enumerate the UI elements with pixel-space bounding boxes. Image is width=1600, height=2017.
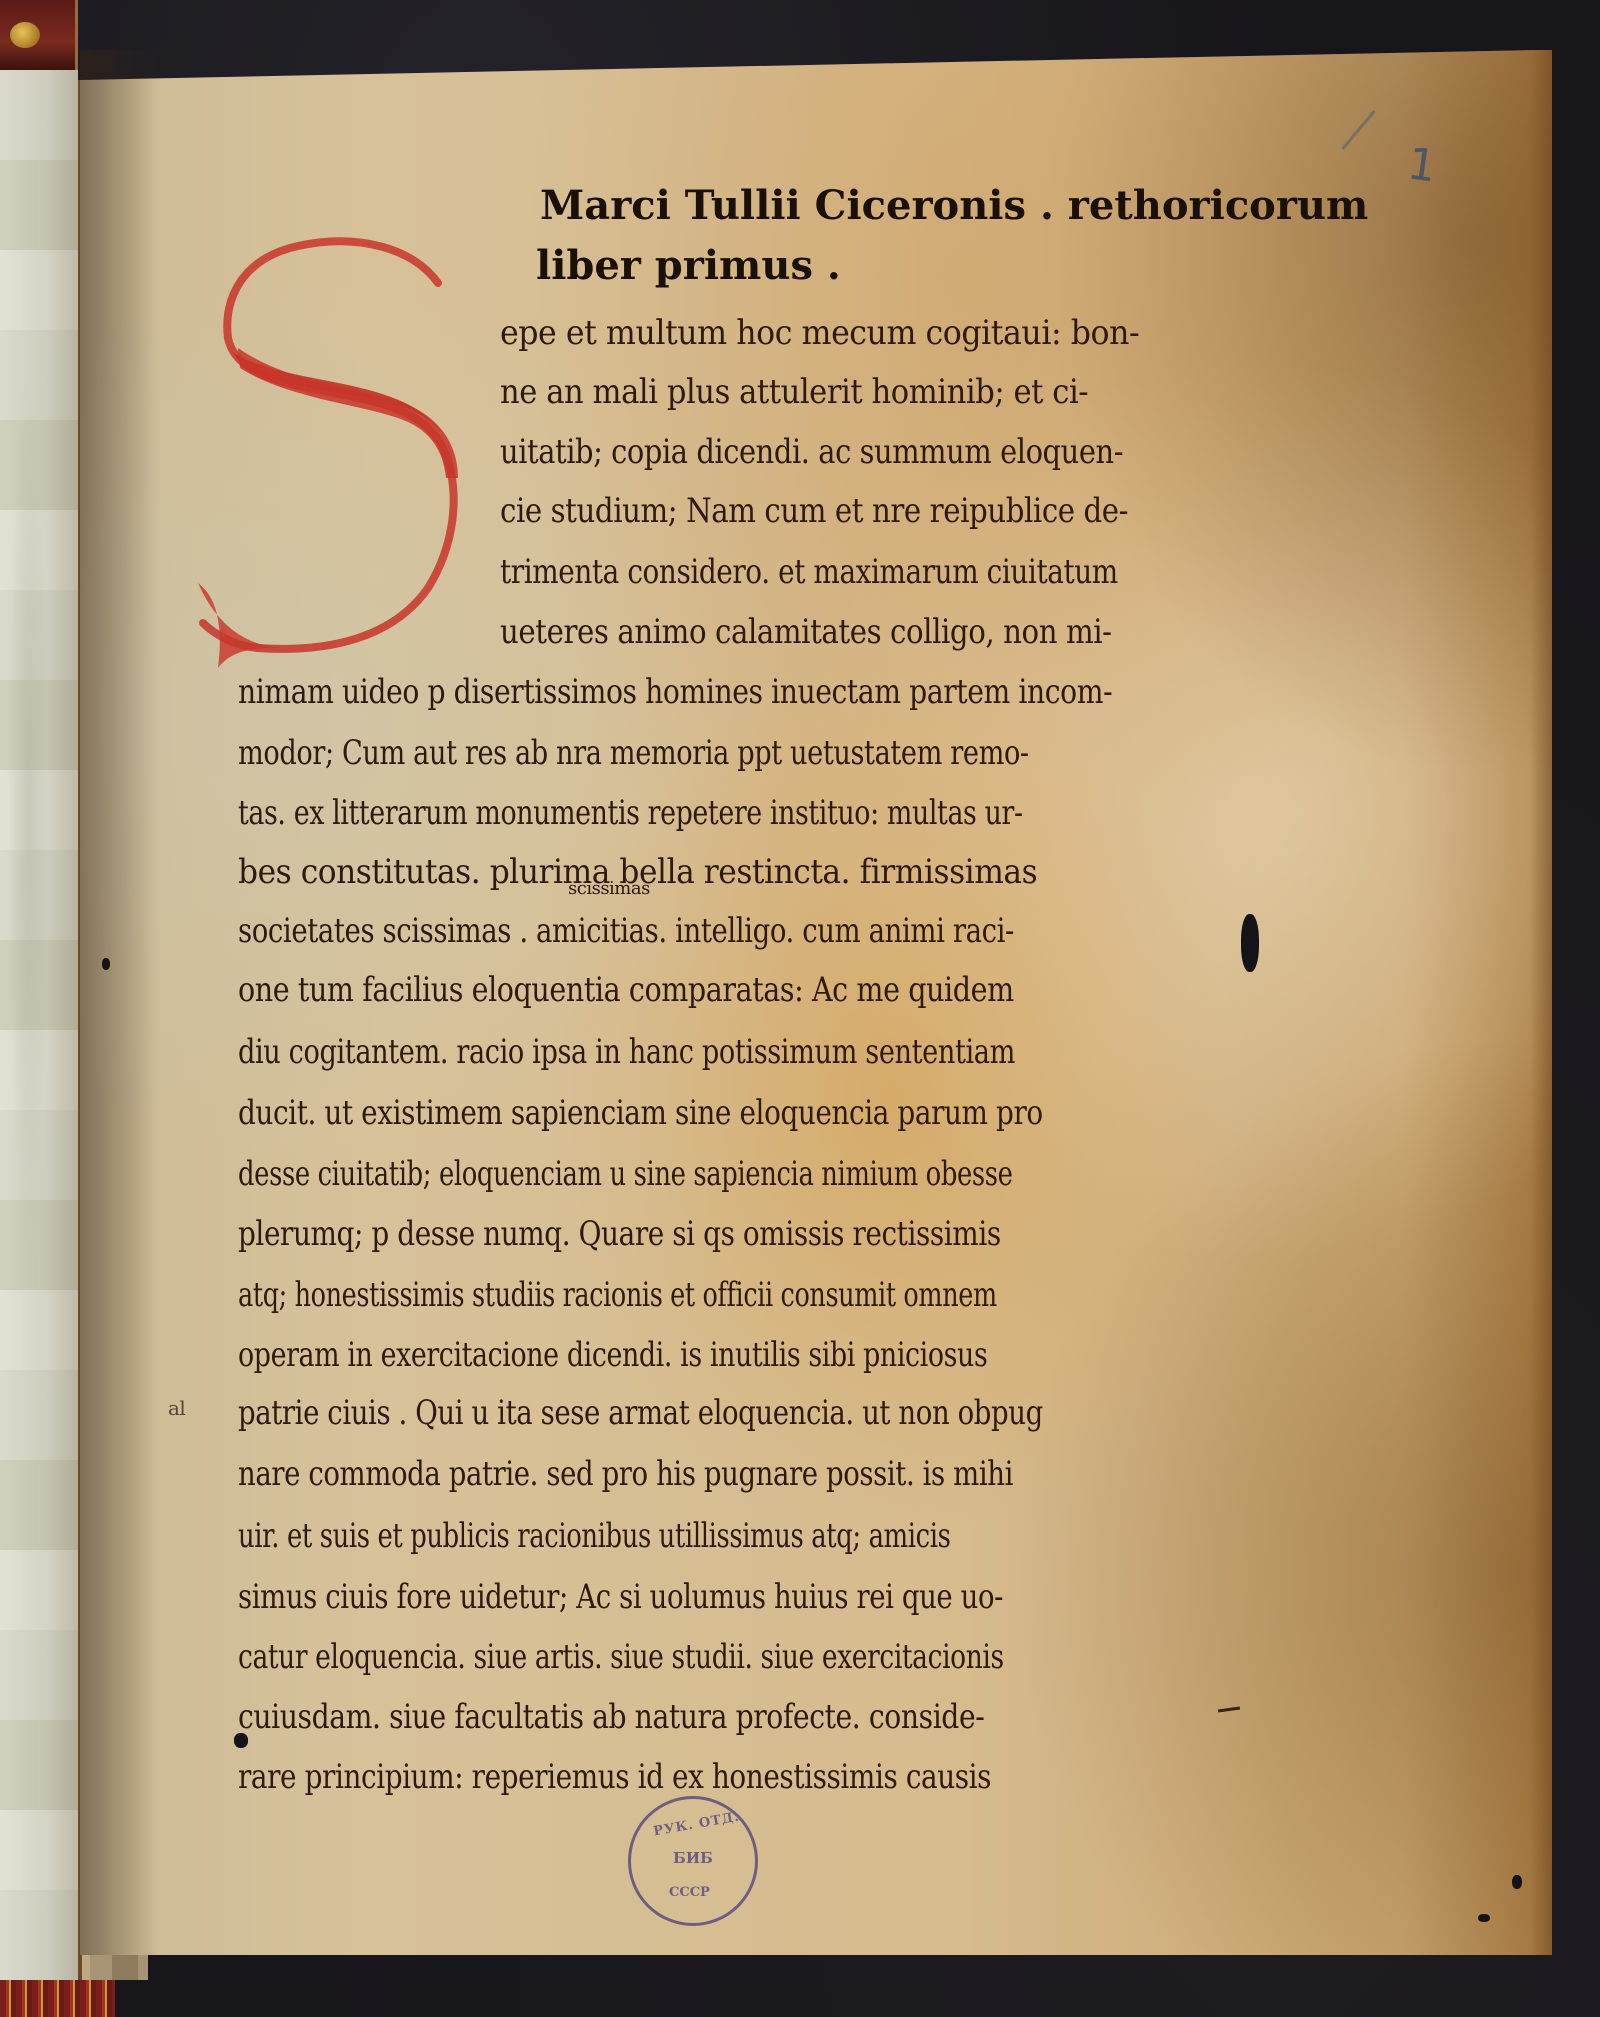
heading-line-2: liber primus . <box>536 246 841 286</box>
text-line-14: ducit. ut existimem sapienciam sine eloq… <box>238 1096 1043 1130</box>
red-initial-s-icon <box>188 228 498 673</box>
marginal-note: al <box>168 1398 185 1418</box>
parchment-hole <box>234 1733 248 1748</box>
parchment-hole <box>1241 914 1259 972</box>
text-line-21: uir. et suis et publicis racionibus util… <box>238 1519 950 1553</box>
text-line-12: one tum facilius eloquentia comparatas: … <box>238 973 1014 1007</box>
text-line-6: ueteres animo calamitates colligo, non m… <box>500 615 1112 649</box>
text-line-2: ne an mali plus attulerit hominib; et ci… <box>500 375 1088 409</box>
text-line-4: cie studium; Nam cum et nre reipublice d… <box>500 494 1128 528</box>
parchment-hole <box>1478 1914 1490 1922</box>
stamp-text-middle: БИБ <box>673 1849 713 1867</box>
text-line-13: diu cogitantem. racio ipsa in hanc potis… <box>238 1035 1015 1069</box>
binding-cover-bottom <box>0 1980 115 2017</box>
text-line-20: nare commoda patrie. sed pro his pugnare… <box>238 1457 1013 1491</box>
text-line-8: modor; Cum aut res ab nra memoria ppt ue… <box>238 736 1029 770</box>
text-line-16: plerumq; p desse numq. Quare si qs omiss… <box>238 1217 1001 1251</box>
parchment-hole <box>102 958 110 970</box>
text-line-25: rare principium: reperiemus id ex honest… <box>238 1760 991 1794</box>
text-line-15: desse ciuitatib; eloquenciam u sine sapi… <box>238 1157 1013 1191</box>
gutter-shadow <box>80 50 160 1955</box>
text-line-5: trimenta considero. et maximarum ciuitat… <box>500 555 1118 589</box>
heading-line-1: Marci Tullii Ciceronis . rethoricorum <box>540 186 1368 226</box>
text-line-23: catur eloquencia. siue artis. siue studi… <box>238 1640 1004 1674</box>
page-edge-stain <box>1530 50 1552 1955</box>
text-line-18: operam in exercitacione dicendi. is inut… <box>238 1338 987 1372</box>
text-line-3: uitatib; copia dicendi. ac summum eloque… <box>500 435 1123 469</box>
text-line-7: nimam uideo p disertissimos homines inue… <box>238 675 1112 709</box>
flyleaf <box>0 70 78 1985</box>
text-line-9: tas. ex litterarum monumentis repetere i… <box>238 796 1023 830</box>
stamp-text-bottom: СССР <box>669 1885 710 1900</box>
library-stamp: РУК. ОТД. БИБ СССР <box>628 1796 758 1926</box>
text-line-22: simus ciuis fore uidetur; Ac si uolumus … <box>238 1580 1003 1614</box>
binding-cover-top <box>0 0 78 70</box>
text-line-1: epe et multum hoc mecum cogitaui: bon- <box>500 316 1139 350</box>
gilt-boss-icon <box>10 22 40 48</box>
parchment-hole <box>1512 1875 1522 1889</box>
interlinear-gloss: scissimas <box>568 880 650 898</box>
text-line-17: atq; honestissimis studiis racionis et o… <box>238 1278 997 1312</box>
text-line-11: societates scissimas . amicitias. intell… <box>238 914 1014 948</box>
text-line-19: patrie ciuis . Qui u ita sese armat eloq… <box>238 1396 1043 1430</box>
text-line-24: cuiusdam. siue facultatis ab natura prof… <box>238 1700 984 1734</box>
stamp-text-top: РУК. ОТД. <box>652 1810 741 1840</box>
